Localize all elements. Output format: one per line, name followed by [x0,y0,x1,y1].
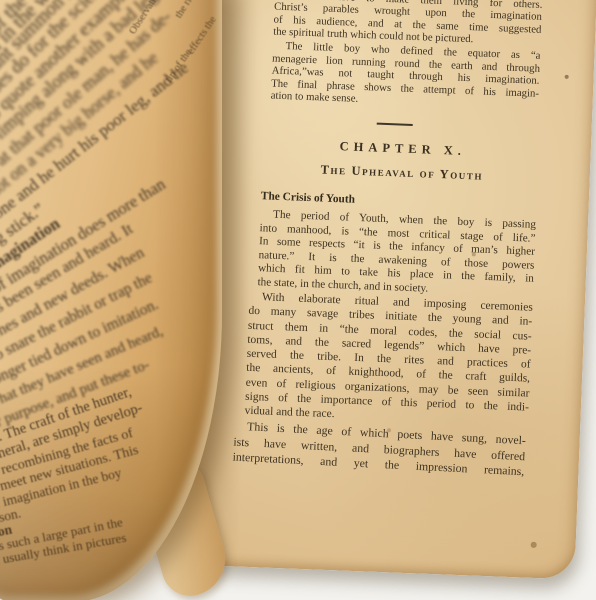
right-page-text-column: imagination of his hearers.reproduce in … [256,0,542,478]
right-book-page: imagination of his hearers.reproduce in … [173,0,596,579]
spine-text-fragment: tip of the [163,47,194,84]
spine-text-fragment: the richer [173,0,203,20]
spine-text-fragment: Observation [127,0,164,36]
chapter-heading: CHAPTER X. [269,137,537,162]
left-book-page: of the child are his explanationon in th… [0,0,222,600]
chapter-subtitle: The Upheaval of Youth [268,161,536,186]
paragraph-rituals-and-ceremonies: With elaborate ritual and imposing cerem… [244,290,533,429]
open-book-photo: imagination of his hearers.reproduce in … [0,0,596,600]
left-page-spine-fragments: dren’s liesObservationthe richereffects … [0,0,222,600]
paragraph-period-of-youth: The period of Youth, when the boy is pas… [257,209,536,300]
paragraph-equator-boy: The little boy who defined the equator a… [270,40,540,112]
section-divider-rule [377,123,413,126]
